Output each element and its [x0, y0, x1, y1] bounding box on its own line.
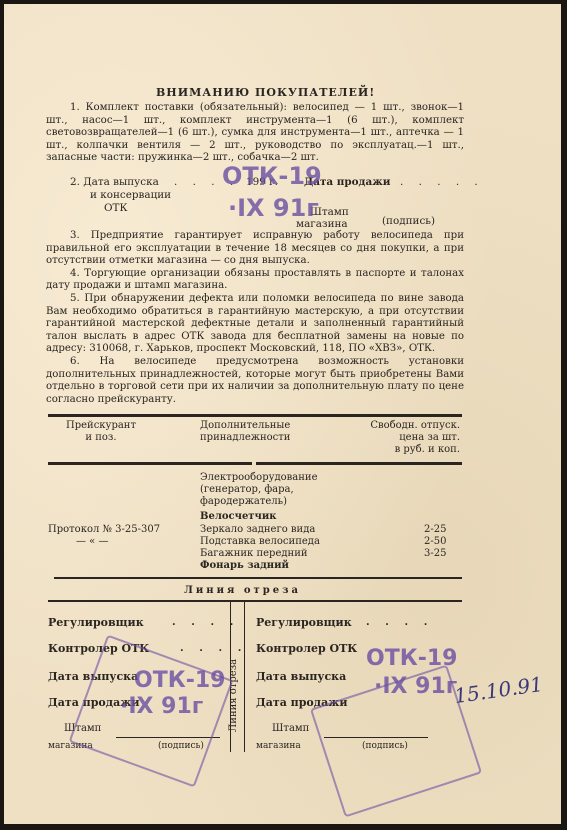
paragraph-1: 1. Комплект поставки (обязательный): вел… — [46, 102, 464, 165]
right-adjuster-dots: . . . . — [366, 616, 433, 629]
release-date-label: 2. Дата выпуска — [70, 176, 159, 189]
otk-stamp-top-line2: ·IX 91г — [228, 194, 319, 222]
signature-label: (подпись) — [382, 215, 435, 228]
cut-line-label: Линия отреза — [184, 584, 301, 597]
right-release-label: Дата выпуска — [256, 670, 346, 683]
warranty-passport-page: ВНИМАНИЮ ПОКУПАТЕЛЕЙ! 1. Комплект постав… — [4, 4, 561, 824]
item-rear-light: Фонарь задний — [200, 559, 289, 572]
price-front-rack: 3-25 — [424, 547, 446, 560]
right-adjuster-label: Регулировщик — [256, 616, 352, 629]
item-speedometer: Велосчетчик — [200, 510, 276, 523]
table-top-rule — [48, 414, 462, 417]
table-header-rule-right — [256, 462, 462, 465]
right-inspector-label: Контролер ОТК — [256, 642, 357, 655]
otk-stamp-right-line1: ОТК-19 — [366, 646, 457, 671]
header-price: Свободн. отпуск. цена за шт. в руб. и ко… — [332, 420, 460, 456]
left-adjuster-dots: . . . . — [172, 616, 239, 629]
cut-line-rule-left — [48, 600, 236, 602]
handwritten-date: 15.10.91 — [453, 672, 545, 708]
left-adjuster-label: Регулировщик — [48, 616, 144, 629]
cut-line-vertical-label: Линия отреза — [227, 659, 240, 732]
paragraphs-3-6: 3. Предприятие гарантирует исправную раб… — [46, 230, 464, 406]
conservation-label: и консервации — [90, 189, 171, 202]
cut-line-rule-right — [216, 600, 462, 602]
table-header-rule-left — [48, 462, 252, 465]
otk-stamp-top-line1: ОТК-19 — [222, 162, 322, 190]
table-bottom-rule — [54, 577, 462, 579]
otk-stamp-left-line1: ОТК-19 — [134, 668, 225, 693]
left-inspector-dots: . . . . — [180, 642, 247, 655]
otk-stamp-left-line2: ·IX 91г — [120, 694, 203, 719]
right-shop-label: магазина — [256, 740, 301, 753]
sale-date-dots: . . . . . — [400, 176, 484, 189]
header-price-list: Прейскурант и поз. — [56, 420, 146, 444]
otk-label: ОТК — [104, 202, 128, 215]
cut-line-vertical-right — [244, 602, 245, 752]
protocol-ditto: — « — — [76, 535, 108, 548]
right-stamp-label: Штамп — [272, 722, 309, 735]
page-title: ВНИМАНИЮ ПОКУПАТЕЛЕЙ! — [156, 86, 375, 99]
item-electrical: Электрооборудование (генератор, фара, фа… — [200, 472, 360, 508]
header-accessories: Дополнительные принадлежности — [200, 420, 290, 444]
otk-stamp-right-line2: ·IX 91г — [374, 674, 457, 699]
